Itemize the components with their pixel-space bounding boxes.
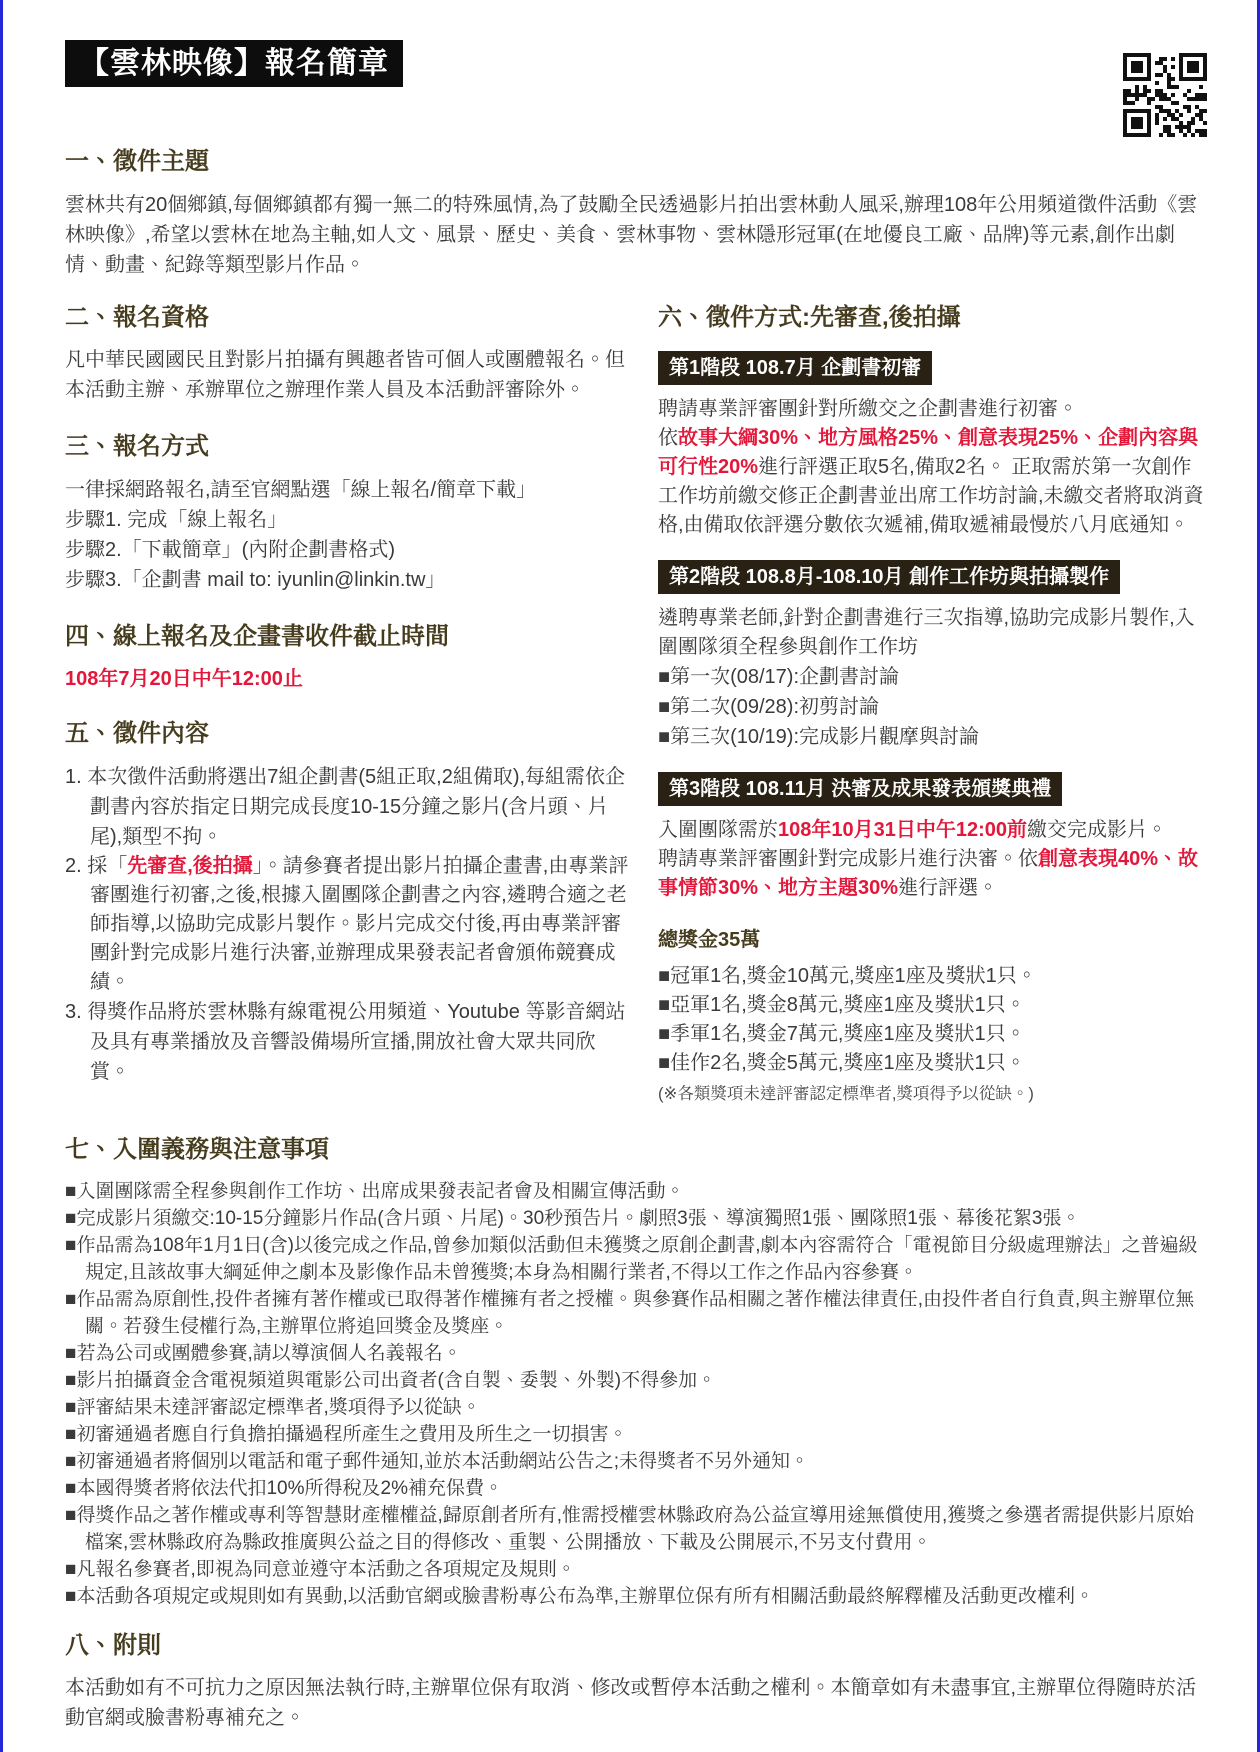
section-supplementary-body: 本活動如有不可抗力之原因無法執行時,主辦單位保有取消、修改或暫停本活動之權利。本… — [65, 1673, 1207, 1733]
prize-list: ■冠軍1名,獎金10萬元,獎座1座及獎狀1只。■亞軍1名,獎金8萬元,獎座1座及… — [658, 962, 1207, 1078]
notice-item: ■作品需為108年1月1日(含)以後完成之作品,曾參加類似活動但未獲獎之原創企劃… — [65, 1232, 1207, 1286]
section-method-heading: 三、報名方式 — [65, 433, 632, 461]
notice-item: ■初審通過者應自行負擔拍攝過程所產生之費用及所生之一切損害。 — [65, 1421, 1207, 1448]
section-process: 六、徵件方式:先審查,後拍攝 第1階段 108.7月 企劃書初審 聘請專業評審團… — [658, 304, 1207, 1107]
header: 【雲林映像】報名簡章 — [65, 40, 1207, 140]
stage-2-label: 第2階段 108.8月-108.10月 創作工作坊與拍攝製作 — [658, 560, 1120, 594]
section-content: 五、徵件內容 1. 本次徵件活動將選出7組企劃書(5組正取,2組備取),每組需依… — [65, 720, 632, 1087]
section-deadline-heading: 四、線上報名及企畫書收件截止時間 — [65, 623, 632, 651]
content-list: 1. 本次徵件活動將選出7組企劃書(5組正取,2組備取),每組需依企劃書內容於指… — [65, 762, 632, 1087]
notice-item: ■本活動各項規定或規則如有異動,以活動官網或臉書粉專公布為準,主辦單位保有所有相… — [65, 1583, 1207, 1610]
notice-item: ■本國得獎者將依法代扣10%所得稅及2%補充保費。 — [65, 1475, 1207, 1502]
deadline-date: 108年7月20日中午12:00止 — [65, 666, 632, 692]
stage-1: 第1階段 108.7月 企劃書初審 聘請專業評審團針對所繳交之企劃書進行初審。 … — [658, 351, 1207, 540]
two-column-layout: 二、報名資格 凡中華民國國民且對影片拍攝有興趣者皆可個人或團體報名。但本活動主辦… — [65, 304, 1207, 1107]
notice-item: ■評審結果未達評審認定標準者,獎項得予以從缺。 — [65, 1394, 1207, 1421]
prize-item: ■冠軍1名,獎金10萬元,獎座1座及獎狀1只。 — [658, 962, 1207, 991]
notice-item: ■凡報名參賽者,即視為同意並遵守本活動之各項規定及規則。 — [65, 1556, 1207, 1583]
prizes: 總獎金35萬 ■冠軍1名,獎金10萬元,獎座1座及獎狀1只。■亞軍1名,獎金8萬… — [658, 923, 1207, 1106]
stage-3: 第3階段 108.11月 決審及成果發表頒獎典禮 入圍團隊需於108年10月31… — [658, 772, 1207, 903]
stage-2: 第2階段 108.8月-108.10月 創作工作坊與拍攝製作 遴聘專業老師,針對… — [658, 560, 1207, 752]
notice-item: ■入圍團隊需全程參與創作工作坊、出席成果發表記者會及相關宣傳活動。 — [65, 1178, 1207, 1205]
stage-1-body: 聘請專業評審團針對所繳交之企劃書進行初審。 依故事大綱30%、地方風格25%、創… — [658, 395, 1207, 540]
method-line: 步驟2.「下載簡章」(內附企劃書格式) — [65, 535, 632, 565]
section-eligibility-body: 凡中華民國國民且對影片拍攝有興趣者皆可個人或團體報名。但本活動主辦、承辦單位之辦… — [65, 345, 632, 405]
stage-3-body: 入圍團隊需於108年10月31日中午12:00前繳交完成影片。 聘請專業評審團針… — [658, 816, 1207, 903]
stage-1-label: 第1階段 108.7月 企劃書初審 — [658, 351, 932, 385]
content-item: 1. 本次徵件活動將選出7組企劃書(5組正取,2組備取),每組需依企劃書內容於指… — [65, 762, 632, 852]
prizes-note: (※各類獎項未達評審認定標準者,獎項得予以從缺。) — [658, 1082, 1207, 1106]
prize-item: ■亞軍1名,獎金8萬元,獎座1座及獎狀1只。 — [658, 991, 1207, 1020]
workshop-item: ■第二次(09/28):初剪討論 — [658, 692, 1207, 722]
workshop-list: ■第一次(08/17):企劃書討論■第二次(09/28):初剪討論■第三次(10… — [658, 662, 1207, 752]
qr-code — [1123, 53, 1207, 137]
notice-item: ■若為公司或團體參賽,請以導演個人名義報名。 — [65, 1340, 1207, 1367]
page-inner: 【雲林映像】報名簡章 一、徵件主題 雲林共有20個鄉鎮,每個鄉鎮都有獨一無二的特… — [3, 0, 1257, 1733]
stage-2-body: 遴聘專業老師,針對企劃書進行三次指導,協助完成影片製作,入圍團隊須全程參與創作工… — [658, 604, 1207, 662]
method-line: 步驟1. 完成「線上報名」 — [65, 505, 632, 535]
section-eligibility: 二、報名資格 凡中華民國國民且對影片拍攝有興趣者皆可個人或團體報名。但本活動主辦… — [65, 304, 632, 406]
section-theme: 一、徵件主題 雲林共有20個鄉鎮,每個鄉鎮都有獨一無二的特殊風情,為了鼓勵全民透… — [65, 148, 1207, 280]
section-process-heading: 六、徵件方式:先審查,後拍攝 — [658, 304, 1207, 332]
workshop-item: ■第一次(08/17):企劃書討論 — [658, 662, 1207, 692]
method-line: 步驟3.「企劃書 mail to: iyunlin@linkin.tw」 — [65, 565, 632, 595]
method-line: 一律採網路報名,請至官網點選「線上報名/簡章下載」 — [65, 475, 632, 505]
prize-item: ■佳作2名,獎金5萬元,獎座1座及獎狀1只。 — [658, 1049, 1207, 1078]
notice-item: ■作品需為原創性,投件者擁有著作權或已取得著作權擁有者之授權。與參賽作品相關之著… — [65, 1286, 1207, 1340]
content-item: 2. 採「先審查,後拍攝」。請參賽者提出影片拍攝企畫書,由專業評審團進行初審,之… — [65, 852, 632, 997]
workshop-item: ■第三次(10/19):完成影片觀摩與討論 — [658, 722, 1207, 752]
section-theme-body: 雲林共有20個鄉鎮,每個鄉鎮都有獨一無二的特殊風情,為了鼓勵全民透過影片拍出雲林… — [65, 190, 1207, 280]
content-item: 3. 得獎作品將於雲林縣有線電視公用頻道、Youtube 等影音網站及具有專業播… — [65, 997, 632, 1087]
notice-item: ■完成影片須繳交:10-15分鐘影片作品(含片頭、片尾)。30秒預告片。劇照3張… — [65, 1205, 1207, 1232]
notice-item: ■初審通過者將個別以電話和電子郵件通知,並於本活動網站公告之;未得獎者不另外通知… — [65, 1448, 1207, 1475]
prizes-heading: 總獎金35萬 — [658, 923, 1207, 952]
section-theme-heading: 一、徵件主題 — [65, 148, 1207, 176]
section-obligations: 七、入圍義務與注意事項 ■入圍團隊需全程參與創作工作坊、出席成果發表記者會及相關… — [65, 1136, 1207, 1610]
section-supplementary-heading: 八、附則 — [65, 1632, 1207, 1660]
page: 【雲林映像】報名簡章 一、徵件主題 雲林共有20個鄉鎮,每個鄉鎮都有獨一無二的特… — [0, 0, 1260, 1752]
method-steps: 一律採網路報名,請至官網點選「線上報名/簡章下載」步驟1. 完成「線上報名」步驟… — [65, 475, 632, 595]
section-deadline: 四、線上報名及企畫書收件截止時間 108年7月20日中午12:00止 — [65, 623, 632, 693]
section-obligations-heading: 七、入圍義務與注意事項 — [65, 1136, 1207, 1164]
section-supplementary: 八、附則 本活動如有不可抗力之原因無法執行時,主辦單位保有取消、修改或暫停本活動… — [65, 1632, 1207, 1734]
left-column: 二、報名資格 凡中華民國國民且對影片拍攝有興趣者皆可個人或團體報名。但本活動主辦… — [65, 304, 632, 1087]
notice-item: ■得獎作品之著作權或專利等智慧財產權權益,歸原創者所有,惟需授權雲林縣政府為公益… — [65, 1502, 1207, 1556]
notice-item: ■影片拍攝資金含電視頻道與電影公司出資者(含自製、委製、外製)不得參加。 — [65, 1367, 1207, 1394]
prize-item: ■季軍1名,獎金7萬元,獎座1座及獎狀1只。 — [658, 1020, 1207, 1049]
section-content-heading: 五、徵件內容 — [65, 720, 632, 748]
right-column: 六、徵件方式:先審查,後拍攝 第1階段 108.7月 企劃書初審 聘請專業評審團… — [658, 304, 1207, 1107]
stage-3-label: 第3階段 108.11月 決審及成果發表頒獎典禮 — [658, 772, 1062, 806]
page-title: 【雲林映像】報名簡章 — [65, 40, 403, 87]
section-eligibility-heading: 二、報名資格 — [65, 304, 632, 332]
section-method: 三、報名方式 一律採網路報名,請至官網點選「線上報名/簡章下載」步驟1. 完成「… — [65, 433, 632, 595]
obligations-list: ■入圍團隊需全程參與創作工作坊、出席成果發表記者會及相關宣傳活動。■完成影片須繳… — [65, 1178, 1207, 1610]
